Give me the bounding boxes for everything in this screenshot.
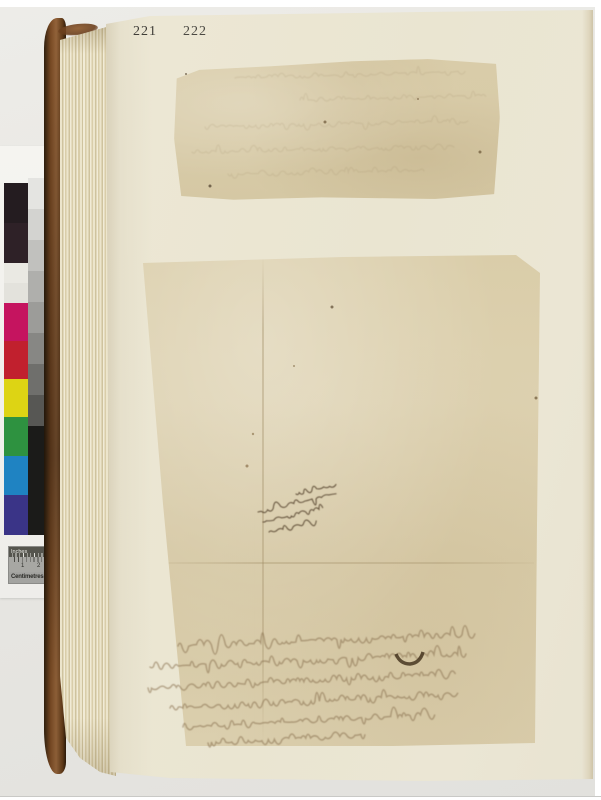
color-patch-near-black (4, 183, 28, 223)
fold-crease-vertical (262, 256, 264, 742)
ruler-cm-tick-2: 2 (37, 563, 40, 569)
book-photograph: Inches 1 1 2 Centimetres 221 222 (0, 0, 601, 800)
color-patch-light-gray (4, 283, 28, 303)
color-patch-red (4, 341, 28, 379)
manuscript-fragment-top (173, 58, 500, 201)
color-patch-green (4, 417, 28, 456)
color-patch-deep-maroon (4, 223, 28, 263)
color-patch-column (4, 183, 28, 535)
color-patch-violet-blue (4, 495, 28, 535)
color-patch-blue (4, 456, 28, 495)
page-number-right: 222 (183, 24, 207, 40)
color-patch-yellow (4, 379, 28, 417)
photo-border-top (0, 0, 601, 7)
color-patch-white (4, 263, 28, 283)
page-number-left: 221 (133, 24, 157, 40)
fold-crease-horizontal (147, 562, 534, 564)
ruler-cm-tick-1: 1 (21, 563, 24, 569)
color-patch-magenta (4, 303, 28, 341)
photo-border-right (595, 0, 601, 800)
manuscript-sheet (143, 254, 540, 746)
